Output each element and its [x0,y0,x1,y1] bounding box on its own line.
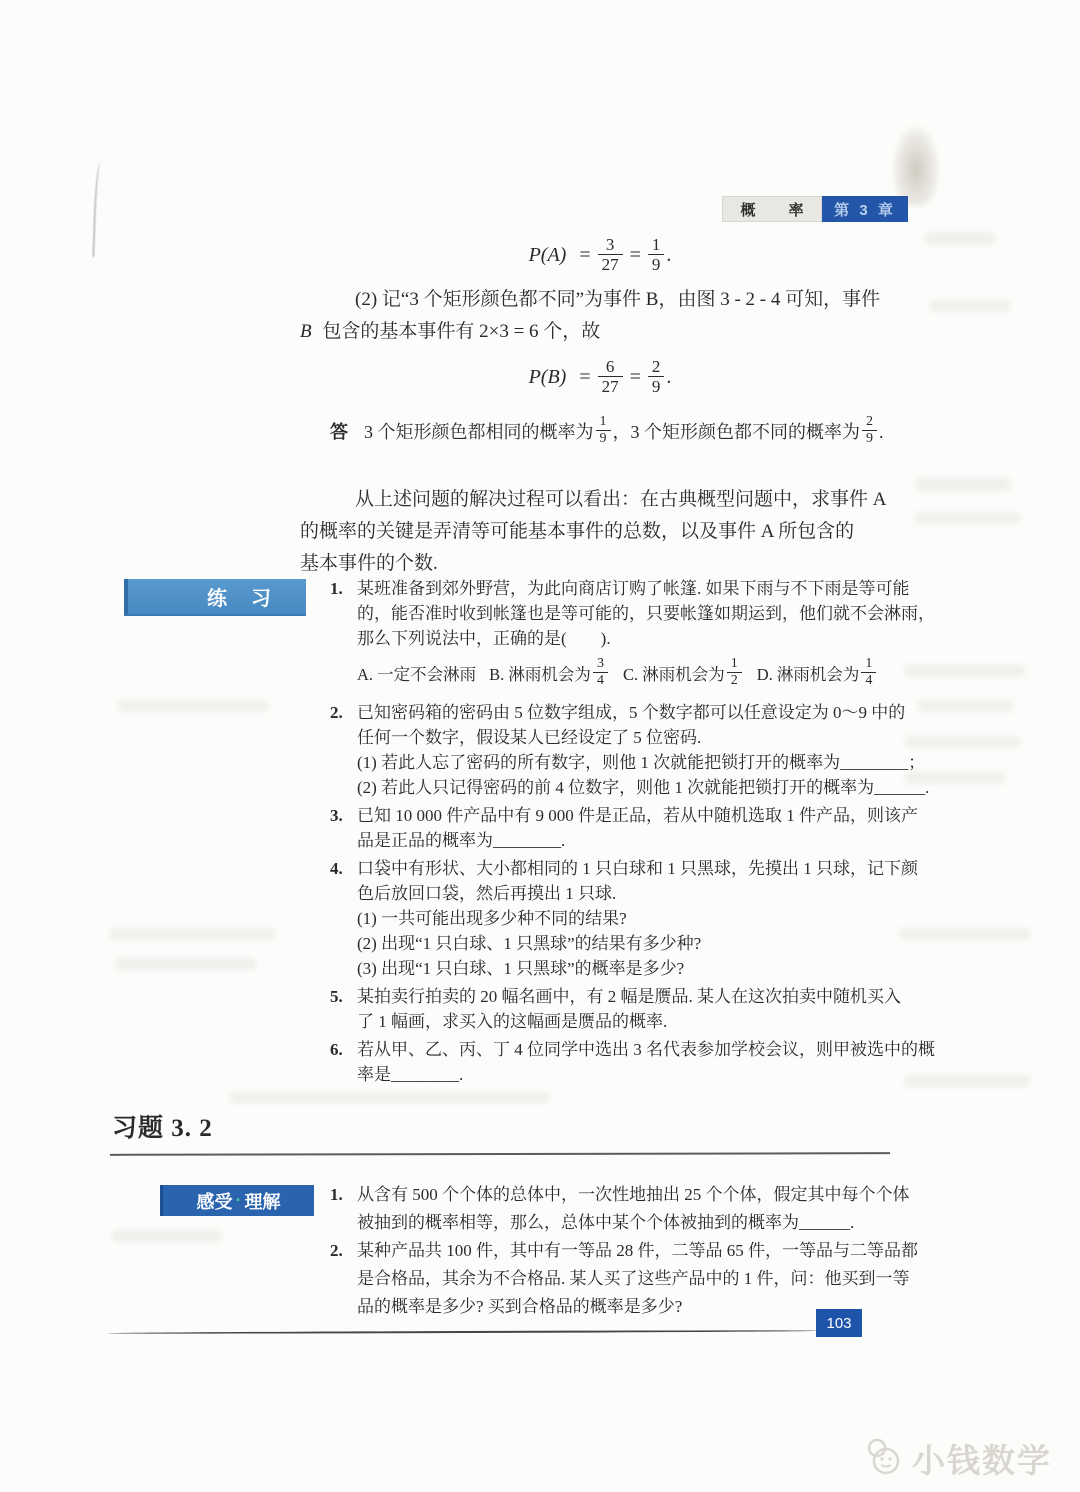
problem-text-line: (1) 若此人忘了密码的所有数字，则他 1 次就能把锁打开的概率为_______… [357,750,902,775]
practice-problem-4: 4. 口袋中有形状、大小都相同的 1 只白球和 1 只黑球，先摸出 1 只球，记… [330,856,902,981]
formula-period: . [666,239,671,271]
fraction: 34 [593,656,608,689]
scan-bleed-artifact [905,1075,1030,1087]
problem-number: 2. [330,1237,343,1265]
fraction-numerator: 6 [602,357,619,376]
scan-bleed-artifact [930,300,1010,312]
exercise-subsection-label: 感受 · 理解 [160,1185,314,1216]
footer-rule [108,1330,820,1334]
fraction-denominator: 27 [598,376,623,397]
practice-problem-5: 5. 某拍卖行拍卖的 20 幅名画中，有 2 幅是赝品. 某人在这次拍卖中随机买… [330,984,902,1034]
watermark: 小钱数学 [862,1434,1052,1483]
solution-block: P(A) = 327 = 19 . (2) 记“3 个矩形颜色都不同”为事件 B… [300,226,900,580]
practice-problems: 1. 某班准备到郊外野营，为此向商店订购了帐篷. 如果下雨与不下雨是等可能 的，… [330,576,902,1090]
formula-lhs: P(B) [529,361,567,393]
solution-paragraph-line: (2) 记“3 个矩形颜色都不同”为事件 B，由图 3 - 2 - 4 可知，事… [300,284,900,316]
option-c-text: C. 淋雨机会为 [623,662,725,687]
fraction-numerator: 2 [648,357,665,376]
problem-text-line: 某班准备到郊外野营，为此向商店订购了帐篷. 如果下雨与不下雨是等可能 [357,576,902,601]
fraction-numerator: 3 [593,656,608,672]
scan-bleed-artifact [230,1092,550,1103]
answer-text: ，3 个矩形颜色都不同的概率为 [613,416,861,448]
exercise-label-right: 理解 [245,1188,281,1214]
problem-text-line: 口袋中有形状、大小都相同的 1 只白球和 1 只黑球，先摸出 1 只球，记下颜 [357,856,902,881]
problem-text-line: 若从甲、乙、丙、丁 4 位同学中选出 3 名代表参加学校会议，则甲被选中的概 [357,1037,902,1062]
equals-sign: = [579,239,590,271]
problem-number: 1. [330,576,343,601]
practice-problem-3: 3. 已知 10 000 件产品中有 9 000 件是正品，若从中随机选取 1 … [330,803,902,853]
option-d-text: D. 淋雨机会为 [757,662,860,687]
option-c: C. 淋雨机会为 12 [623,657,744,690]
answer-period: . [879,416,884,448]
page-fold-mark [92,162,103,257]
problem-text-line: 被抽到的概率相等，那么，总体中某个个体被抽到的概率为______. [357,1209,902,1237]
fraction-numerator: 2 [862,414,877,430]
problem-text-line: 已知密码箱的密码由 5 位数字组成，5 个数字都可以任意设定为 0～9 中的 [357,700,902,725]
scan-bleed-artifact [112,1230,222,1242]
practice-section-label: 练 习 [124,579,306,616]
scan-bleed-artifact [925,232,995,245]
summary-paragraph: 从上述问题的解决过程可以看出：在古典概型问题中，求事件 A 的概率的关键是弄清等… [300,484,900,580]
scan-bleed-artifact [915,512,1020,524]
problem-number: 6. [330,1037,343,1062]
problem-text-line: 某拍卖行拍卖的 20 幅名画中，有 2 幅是赝品. 某人在这次拍卖中随机买入 [357,984,902,1009]
scan-bleed-artifact [905,736,1020,748]
fraction-denominator: 4 [593,672,608,690]
practice-problem-1: 1. 某班准备到郊外野营，为此向商店订购了帐篷. 如果下雨与不下雨是等可能 的，… [330,576,902,697]
label-dot-icon: · [236,1190,242,1211]
problem-text-line: (1) 一共可能出现多少种不同的结果? [357,906,902,931]
option-b: B. 淋雨机会为 34 [489,657,610,690]
fraction-denominator: 9 [648,376,665,397]
exercise-problems: 1. 从含有 500 个个体的总体中，一次性地抽出 25 个个体，假定其中每个个… [330,1181,902,1321]
problem-number: 4. [330,856,343,881]
problem-text-line: 率是________. [357,1062,902,1087]
fraction-denominator: 27 [598,254,623,275]
equals-sign: = [579,361,590,393]
equals-sign: = [630,361,641,393]
problem-text-line: (3) 出现“1 只白球、1 只黑球”的概率是多少? [357,956,902,981]
fraction-denominator: 9 [648,254,665,275]
problem-text-line: 了 1 幅画，求买入的这幅画是赝品的概率. [357,1009,902,1034]
formula-pa: P(A) = 327 = 19 . [300,226,900,284]
problem-text-line: 那么下列说法中，正确的是( ). [357,626,902,651]
formula-lhs: P(A) [529,239,567,271]
scan-bleed-artifact [915,478,1010,491]
fraction: 14 [861,656,876,689]
problem-text-line: 的，能否准时收到帐篷也是等可能的，只要帐篷如期运到，他们就不会淋雨， [357,601,902,626]
fraction: 19 [648,235,665,275]
scan-bleed-artifact [110,928,275,940]
chapter-label: 第 3 章 [822,196,908,222]
problem-text-line: 某种产品共 100 件，其中有一等品 28 件，二等品 65 件，一等品与二等品… [357,1237,902,1265]
fraction: 12 [727,656,742,689]
option-d: D. 淋雨机会为 14 [757,657,879,690]
problem-number: 2. [330,700,343,725]
fraction: 327 [598,235,623,275]
formula-period: . [666,361,671,393]
exercise-problem-1: 1. 从含有 500 个个体的总体中，一次性地抽出 25 个个体，假定其中每个个… [330,1181,902,1237]
problem-text-line: 已知 10 000 件产品中有 9 000 件是正品，若从中随机选取 1 件产品… [357,803,902,828]
fraction: 627 [598,357,623,397]
textbook-page: 概 率 第 3 章 P(A) = 327 = 19 . (2) 记“3 个矩形颜… [0,0,1080,1492]
problem-number: 3. [330,803,343,828]
fraction-numerator: 1 [596,414,611,430]
summary-line: 从上述问题的解决过程可以看出：在古典概型问题中，求事件 A [300,484,900,516]
practice-problem-2: 2. 已知密码箱的密码由 5 位数字组成，5 个数字都可以任意设定为 0～9 中… [330,700,902,800]
fraction-denominator: 9 [862,430,877,448]
fraction-numerator: 1 [648,235,665,254]
exercise-label-left: 感受 [197,1188,233,1214]
page-number-badge: 103 [816,1309,862,1337]
practice-label-text: 练 习 [207,582,273,611]
event-variable: B [300,321,312,342]
option-b-text: B. 淋雨机会为 [489,662,591,687]
solution-paragraph-text: 包含的基本事件有 2×3 = 6 个，故 [318,321,601,342]
problem-number: 1. [330,1181,343,1209]
problem-text-line: 色后放回口袋，然后再摸出 1 只球. [357,881,902,906]
fraction: 29 [648,357,665,397]
fraction-numerator: 3 [602,235,619,254]
equals-sign: = [630,239,641,271]
scan-bleed-artifact [905,665,1025,677]
heading-rule [110,1152,890,1156]
problem-text-line: (2) 出现“1 只白球、1 只黑球”的结果有多少种? [357,931,902,956]
summary-line: 的概率的关键是弄清等可能基本事件的总数，以及事件 A 所包含的 [300,516,900,548]
option-a: A. 一定不会淋雨 [357,662,476,687]
problem-text-line: (2) 若此人只记得密码的前 4 位数字，则他 1 次就能把锁打开的概率为___… [357,775,902,800]
solution-paragraph-line: B 包含的基本事件有 2×3 = 6 个，故 [300,316,900,348]
scan-smudge [893,126,939,206]
exercise-section-heading: 习题 3. 2 [112,1108,213,1144]
problem-text-line: 是合格品，其余为不合格品. 某人买了这些产品中的 1 件，问：他买到一等 [357,1265,902,1293]
options-line: A. 一定不会淋雨 B. 淋雨机会为 34 C. 淋雨机会为 12 D. 淋雨机… [357,651,902,697]
fraction-denominator: 9 [596,430,611,448]
scan-bleed-artifact [900,928,1030,940]
scan-bleed-artifact [918,700,1013,712]
chapter-badge: 概 率 第 3 章 [722,196,908,222]
problem-text-line: 品是正品的概率为________. [357,828,902,853]
practice-problem-6: 6. 若从甲、乙、丙、丁 4 位同学中选出 3 名代表参加学校会议，则甲被选中的… [330,1037,902,1087]
answer-line: 答 3 个矩形颜色都相同的概率为 19 ，3 个矩形颜色都不同的概率为 29 . [300,406,900,458]
unit-title: 概 率 [722,196,822,222]
answer-label: 答 [330,416,348,448]
fraction-denominator: 2 [727,672,742,690]
formula-pb: P(B) = 627 = 29 . [300,348,900,406]
problem-text-line: 从含有 500 个个体的总体中，一次性地抽出 25 个个体，假定其中每个个体 [357,1181,902,1209]
fraction: 29 [862,414,877,447]
answer-text: 3 个矩形颜色都相同的概率为 [364,416,594,448]
scan-bleed-artifact [118,700,268,712]
problem-number: 5. [330,984,343,1009]
fraction-denominator: 4 [861,672,876,690]
fraction-numerator: 1 [861,656,876,672]
fraction: 19 [596,414,611,447]
watermark-logo-icon [862,1434,906,1483]
problem-text-line: 任何一个数字，假设某人已经设定了 5 位密码. [357,725,902,750]
scan-bleed-artifact [116,958,256,970]
watermark-text: 小钱数学 [912,1435,1052,1482]
fraction-numerator: 1 [727,656,742,672]
